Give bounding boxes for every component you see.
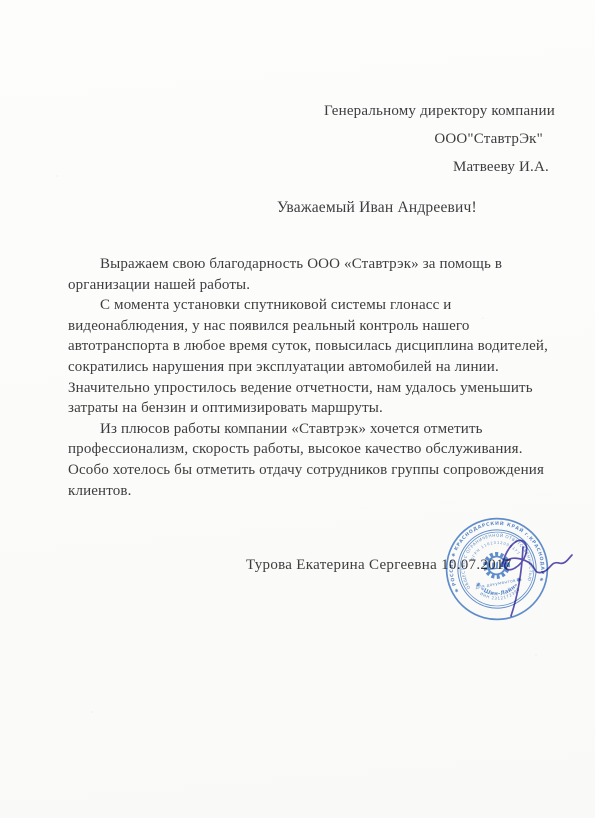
stamp-company-name: ✱ «Шин-Лайн» ✱ bbox=[473, 575, 525, 600]
recipient-line-company-name: ООО"СтавтрЭк" bbox=[324, 125, 543, 153]
stamp-doc-line: Для документов № bbox=[475, 577, 523, 590]
stamp-outer-ring-text: ✱ РОССИЯ ✱ КРАСНОДАРСКИЙ КРАЙ г.КРАСНОДА… bbox=[443, 514, 547, 594]
svg-text:✱ «Шин-Лайн» ✱: ✱ «Шин-Лайн» ✱ bbox=[473, 575, 525, 600]
signature-name-date: Турова Екатерина Сергеевна 10.07.2017 bbox=[246, 557, 512, 574]
stamp-inn-text: ИНН 2312172390 bbox=[479, 586, 522, 603]
recipient-line-company-title: Генеральному директору компании bbox=[324, 97, 555, 125]
svg-text:ИНН 2312172390: ИНН 2312172390 bbox=[479, 586, 522, 603]
recipient-block: Генеральному директору компании ООО"Став… bbox=[324, 97, 555, 181]
signature-flourish bbox=[502, 540, 572, 572]
paragraph-praise: Из плюсов работы компании «Ставтрэк» хоч… bbox=[68, 419, 560, 501]
scanned-letter-page: Генеральному директору компании ООО"Став… bbox=[0, 0, 595, 818]
handwritten-signature bbox=[494, 534, 578, 622]
paragraph-results: С момента установки спутниковой системы … bbox=[68, 295, 560, 419]
recipient-line-person: Матвееву И.А. bbox=[324, 153, 549, 181]
salutation: Уважаемый Иван Андреевич! bbox=[277, 199, 477, 217]
letter-body: Выражаем свою благодарность ООО «Ставтрэ… bbox=[68, 254, 560, 501]
signature-downstroke bbox=[511, 547, 523, 616]
paragraph-gratitude: Выражаем свою благодарность ООО «Ставтрэ… bbox=[68, 254, 560, 295]
svg-text:✱ РОССИЯ ✱ КРАСНОДАРСКИЙ КРАЙ: ✱ РОССИЯ ✱ КРАСНОДАРСКИЙ КРАЙ г.КРАСНОДА… bbox=[443, 514, 547, 594]
